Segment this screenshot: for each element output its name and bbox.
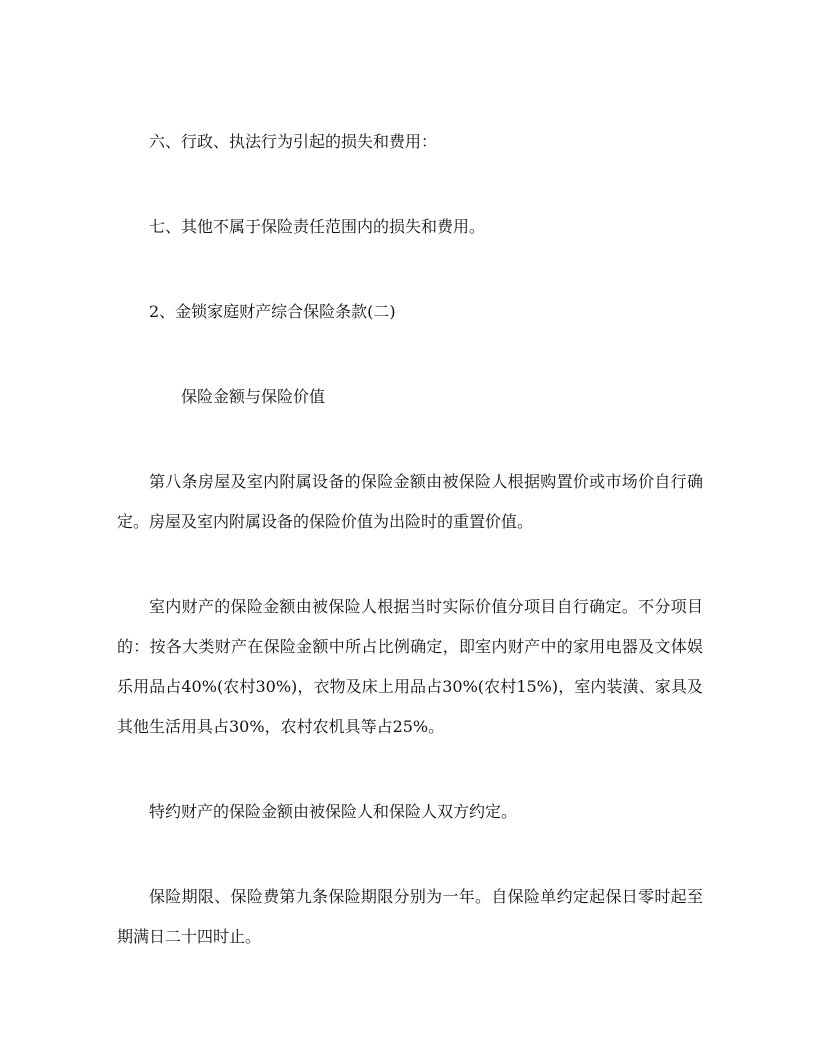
- subsection-heading-insured-amount-value: 保险金额与保险价值: [117, 377, 703, 417]
- insurance-period-article-9-paragraph: 保险期限、保险费第九条保险期限分别为一年。自保险单约定起保日零时起至期满日二十四…: [117, 877, 703, 957]
- exclusion-item-7: 七、其他不属于保险责任范围内的损失和费用。: [117, 207, 703, 247]
- article-8-building-paragraph: 第八条房屋及室内附属设备的保险金额由被保险人根据购置价或市场价自行确定。房屋及室…: [117, 462, 703, 542]
- indoor-property-amount-paragraph: 室内财产的保险金额由被保险人根据当时实际价值分项目自行确定。不分项目的：按各大类…: [117, 587, 703, 747]
- document-page: 六、行政、执法行为引起的损失和费用： 七、其他不属于保险责任范围内的损失和费用。…: [0, 0, 816, 1056]
- exclusion-item-6: 六、行政、执法行为引起的损失和费用：: [117, 122, 703, 162]
- section-title-clause-2: 2、金锁家庭财产综合保险条款(二): [117, 292, 703, 332]
- special-property-amount-paragraph: 特约财产的保险金额由被保险人和保险人双方约定。: [117, 792, 703, 832]
